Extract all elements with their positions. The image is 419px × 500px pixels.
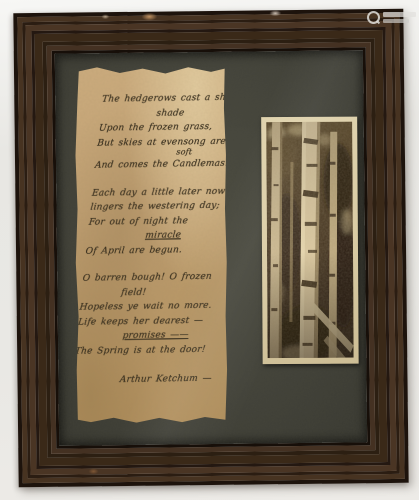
poem-manuscript: The hedgerows cast a shallow shade Upon … xyxy=(74,65,228,424)
birch-photo xyxy=(266,122,353,359)
watermark xyxy=(367,10,417,30)
poem-line: Life keeps her dearest — xyxy=(77,313,211,329)
poem-line: promises —— xyxy=(122,328,210,344)
photo-mount xyxy=(261,117,359,365)
auction-photo-of-framed-manuscript: { "page": { "wall_color": "#e9e8e4" }, "… xyxy=(0,0,419,500)
poem-line: Hopeless ye wait no more. xyxy=(79,299,213,315)
poem-line: Of April are begun. xyxy=(85,242,219,258)
poem-signature: Arthur Ketchum — xyxy=(119,372,205,388)
magnifier-handle xyxy=(376,20,380,24)
poem-line: And comes the Candlemas. xyxy=(94,157,228,173)
poem-line: The Spring is at the door! xyxy=(74,342,208,358)
watermark-text-line xyxy=(383,19,409,23)
poem-line: O barren bough! O frozen xyxy=(82,270,216,286)
frame-molding: The hedgerows cast a shallow shade Upon … xyxy=(13,9,408,487)
picture-frame: The hedgerows cast a shallow shade Upon … xyxy=(13,9,408,487)
poem-line: The hedgerows cast a shallow xyxy=(101,91,235,107)
watermark-text-line xyxy=(383,12,416,17)
poem-line: But skies at evensong are xyxy=(97,134,231,150)
poem-line: lingers the westering day; xyxy=(90,199,224,215)
poem-line: miracle xyxy=(145,228,221,244)
poem-line: shade xyxy=(156,105,234,121)
mat-board: The hedgerows cast a shallow shade Upon … xyxy=(55,50,367,445)
poem-line: field! xyxy=(120,284,214,300)
watermark-text-lines xyxy=(383,12,416,30)
magnifier-logo-icon xyxy=(367,11,380,24)
